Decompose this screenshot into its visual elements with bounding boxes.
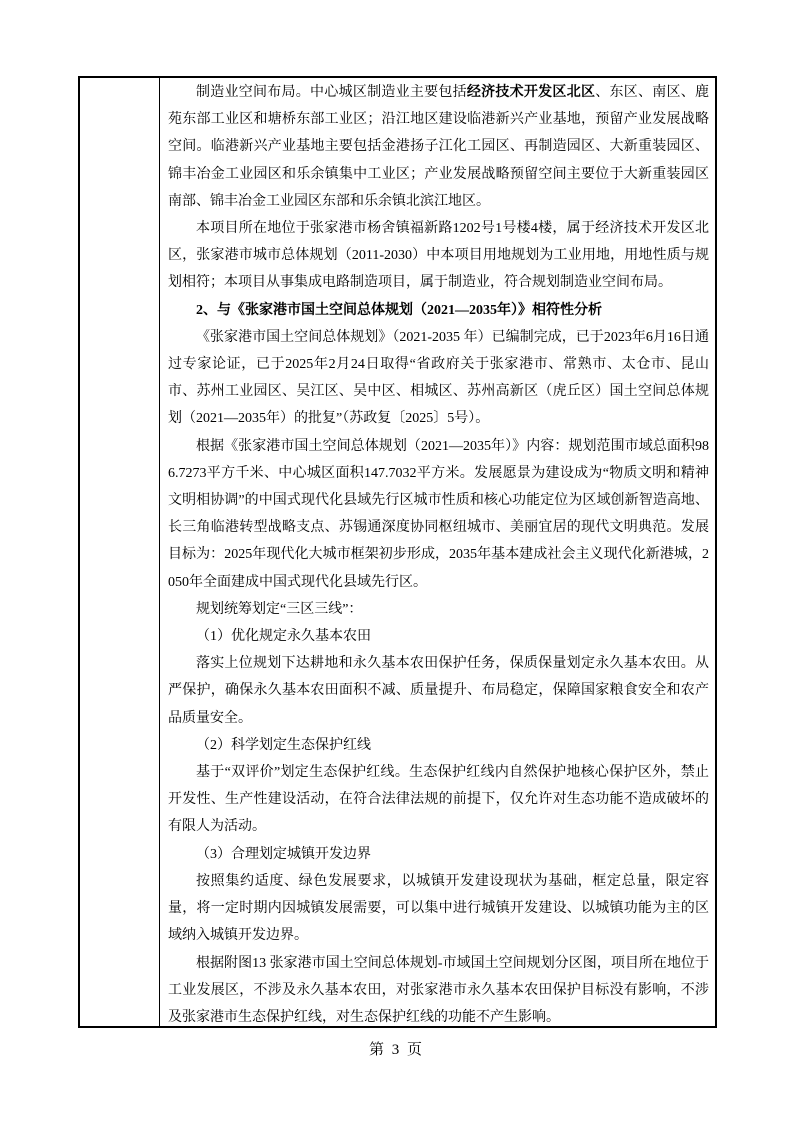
document-table: 制造业空间布局。中心城区制造业主要包括经济技术开发区北区、东区、南区、鹿苑东部工… [78,76,717,1028]
section-heading-2-compatibility-analysis: 2、与《张家港市国土空间总体规划（2021—2035年）》相符性分析 [168,297,709,324]
paragraph-urban-boundary: 按照集约适度、绿色发展要求，以城镇开发建设现状为基础，框定总量，限定容量，将一定… [168,868,709,950]
paragraph-plan-content: 根据《张家港市国土空间总体规划（2021—2035年）》内容：规划范围市域总面积… [168,433,709,596]
paragraph-project-location: 本项目所在地位于张家港市杨舍镇福新路1202号1号楼4楼，属于经济技术开发区北区… [168,215,709,297]
paragraph-three-zones-three-lines: 规划统筹划定“三区三线”： [168,596,709,623]
paragraph-text-post: 、东区、南区、鹿苑东部工业区和塘桥东部工业区；沿江地区建设临港新兴产业基地，预留… [168,85,709,209]
paragraph-plan-approval: 《张家港市国土空间总体规划》（2021-2035 年）已编制完成，已于2023年… [168,324,709,433]
subheading-3-urban-boundary: （3）合理划定城镇开发边界 [168,841,709,868]
bold-zone-name: 经济技术开发区北区 [467,85,595,100]
paragraph-ecological-redline: 基于“双评价”划定生态保护红线。生态保护红线内自然保护地核心保护区外，禁止开发性… [168,759,709,841]
table-content-cell: 制造业空间布局。中心城区制造业主要包括经济技术开发区北区、东区、南区、鹿苑东部工… [160,78,715,1026]
paragraph-manufacturing-space-layout: 制造业空间布局。中心城区制造业主要包括经济技术开发区北区、东区、南区、鹿苑东部工… [168,79,709,215]
subheading-1-permanent-farmland: （1）优化规定永久基本农田 [168,623,709,650]
table-label-cell-empty [80,78,160,1026]
paragraph-figure13-conclusion: 根据附图13 张家港市国土空间总体规划-市域国土空间规划分区图，项目所在地位于工… [168,950,709,1027]
page-number: 第 3 页 [0,1038,793,1059]
subheading-2-ecological-redline: （2）科学划定生态保护红线 [168,732,709,759]
paragraph-farmland-protection: 落实上位规划下达耕地和永久基本农田保护任务，保质保量划定永久基本农田。从严保护，… [168,650,709,732]
paragraph-text-pre: 制造业空间布局。中心城区制造业主要包括 [196,85,467,100]
